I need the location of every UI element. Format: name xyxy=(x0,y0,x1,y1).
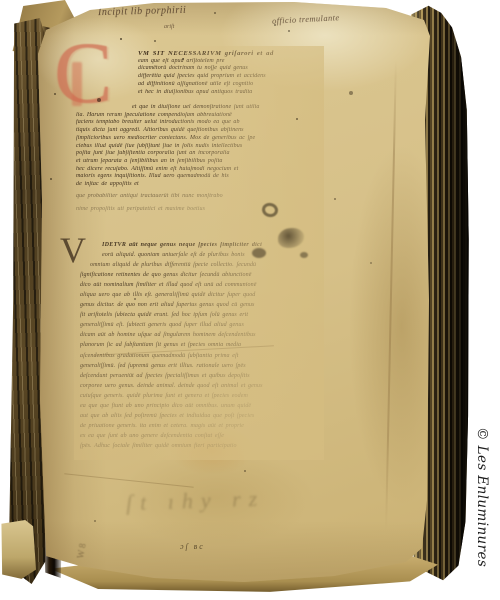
manuscript-line: aſcendentibus gradationum quemadmodū ſub… xyxy=(80,351,312,361)
illuminated-initial-c: C xyxy=(54,40,113,109)
shelfmark-inscription: W 8 xyxy=(75,543,87,560)
parchment-page: Incipit lib porphirii ariſt officio trem… xyxy=(34,0,438,592)
manuscript-line: genus dicitur. de quo non erit aliud ſup… xyxy=(80,300,312,310)
manuscript-line: generaliſſimū. ſed ſupremū genus erit il… xyxy=(80,361,312,371)
manuscript-line: dico aūt nominalium ſimiliter et illud q… xyxy=(80,280,312,290)
manuscript-line: ad diffinitionū aſſignationē utile eſt c… xyxy=(138,81,304,89)
manuscript-line: poſita ſunt ſiue ſubſiſtentia corporalia… xyxy=(76,150,302,158)
ink-specks xyxy=(34,0,36,2)
rubric-right-note: officio tremulante xyxy=(272,12,340,26)
manuscript-line: ſignificatione retinentes de quo genus d… xyxy=(80,270,312,280)
text-block-second-paragraph: IDETVR aūt neque genus neque ſpecies ſim… xyxy=(80,240,312,451)
manuscript-line: et que in diuiſione uel demonſtratione ſ… xyxy=(76,104,302,112)
manuscript-line: ea que que fiunt ab uno principio dico a… xyxy=(80,401,312,411)
manuscript-line: deſcendunt perueniūt ad ſpecies ſpeciali… xyxy=(80,371,312,381)
rubric-incipit: Incipit lib porphirii xyxy=(98,5,187,18)
manuscript-line: que probabiliter antiqui tractauerūt tib… xyxy=(76,193,302,201)
manuscript-line: dicamētorū doctrinam tu noſſe quid genus xyxy=(138,65,304,73)
manuscript-line: aliqua uero que ab illis eſt. generaliſſ… xyxy=(80,290,312,300)
manuscript-line: tiquis dicta ſunt aggredi. Altioribus qu… xyxy=(76,127,302,135)
watermark-copyright: © Les Enluminures xyxy=(474,427,490,567)
manuscript-line: hec dicere recuſabo. Altiſſimū enim eſt … xyxy=(76,166,302,174)
text-block-opening: et que in diuiſione uel demonſtratione ſ… xyxy=(76,104,302,214)
manuscript-line: ſit ariſtotelis ſubiecta quidē erunt. ſe… xyxy=(80,310,312,320)
manuscript-line: et utrum ſeparata a ſenſibilibus an in ſ… xyxy=(76,158,302,166)
parchment-crease xyxy=(64,473,193,488)
initial-c-inner-stroke xyxy=(72,62,82,106)
manuscript-line: lia. Harum rerum ſpeculatione compendioſ… xyxy=(76,112,302,120)
manuscript-line: ſimplicioribus uero mediocriter coniecta… xyxy=(76,135,302,143)
manuscript-line: ex ea que ſunt ab uno genere deſcendenti… xyxy=(80,431,312,441)
faded-inscription-small: ɔſ ʙc xyxy=(180,542,205,551)
manuscript-line: maioris egens inquiſitionis. Illud uero … xyxy=(76,173,302,181)
manuscript-line: corporee uero genus. deinde animal. dein… xyxy=(80,381,312,391)
manuscript-line: dicam aūt ab homine uſque ad ſingularem … xyxy=(80,330,312,340)
manuscript-line: de inſtac de appoſitis et xyxy=(76,181,302,189)
manuscript-line: eorū aliquid. quoniam uniuerſale eſt de … xyxy=(80,250,312,260)
manuscript-line: cuiuſque generis. quidē plurima ſunt et … xyxy=(80,391,312,401)
manuscript-line: omnium aliquid de pluribus differentiū ſ… xyxy=(80,260,312,270)
rubric-annotation: ariſt xyxy=(164,24,174,30)
book-cover-corner xyxy=(0,520,36,582)
manuscript-line: ciebus illud quidē ſiue ſubſiſtunt ſiue … xyxy=(76,143,302,151)
manuscript-line: generaliſſimū eſt. ſubiecti generis quod… xyxy=(80,320,312,330)
manuscript-line: differētia quid ſpecies quid proprium et… xyxy=(138,73,304,81)
manuscript-line: VM SIT NECESSARIVM griſarori et ad xyxy=(138,50,304,58)
manuscript-line: aut que ab aliis ſed poſtremū ſpecies et… xyxy=(80,411,312,421)
parchment-crease xyxy=(385,60,397,530)
manuscript-photo: Incipit lib porphirii ariſt officio trem… xyxy=(0,0,500,600)
manuscript-line: ſpēs. Adhuc ſociale ſimiliter quidē omni… xyxy=(80,441,312,451)
faded-inscription-large: ſt ıhy rz xyxy=(126,486,266,517)
ink-blot xyxy=(252,248,266,258)
ink-blot xyxy=(300,252,308,258)
manuscript-line: et hec in diuiſionibus apud antiquos tra… xyxy=(138,89,304,97)
manuscript-line: eam que eſt apud ariſtotelem pre xyxy=(138,58,304,66)
text-block-opening-indented: VM SIT NECESSARIVM griſarori et adeam qu… xyxy=(138,50,304,96)
manuscript-line: faciens temptabo breuiter uelut introduc… xyxy=(76,119,302,127)
manuscript-line: de priuatione generis. ita enim et ceter… xyxy=(80,421,312,431)
